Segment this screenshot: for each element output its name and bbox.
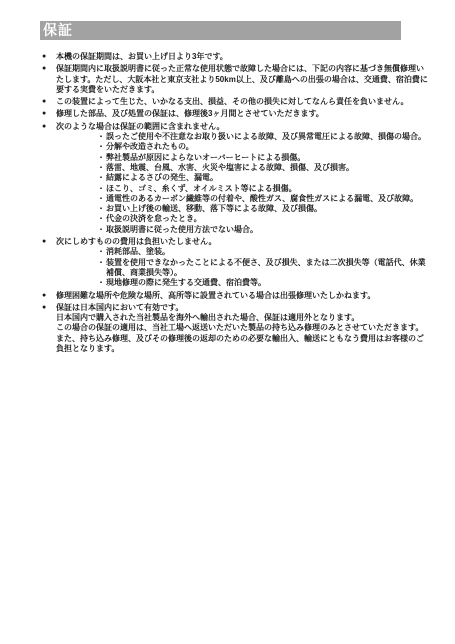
bullet-icon: ● bbox=[42, 52, 56, 62]
section-header-bar: 保証 bbox=[40, 21, 401, 40]
list-subitem: ・ 消耗部品、塗装。 bbox=[42, 247, 431, 257]
list-item-text: 次にしめすものの費用は負担いたしません。 bbox=[56, 237, 431, 247]
dot-icon: ・ bbox=[97, 225, 106, 235]
bullet-icon: ● bbox=[42, 97, 56, 107]
list-subitem: ・ 落雷、地震、台風、水害、火災や塩害による故障、損傷、及び損害。 bbox=[42, 163, 431, 173]
dot-icon: ・ bbox=[97, 258, 106, 279]
dot-icon: ・ bbox=[97, 153, 106, 163]
list-item-text: 代金の決済を怠ったとき。 bbox=[106, 214, 431, 224]
list-item-text: この装置によって生じた、いかなる支出、損益、その他の損失に対してなんら責任を負い… bbox=[56, 97, 431, 107]
dot-icon: ・ bbox=[97, 184, 106, 194]
list-subitem: ・ お買い上げ後の輸送、移動、落下等による故障、及び損傷。 bbox=[42, 204, 431, 214]
list-item-text: 日本国内で購入された当社製品を海外へ輸出された場合、保証は適用外となります。 bbox=[56, 313, 431, 323]
list-item: ● 次のような場合は保証の範囲に含まれません。 bbox=[42, 122, 431, 132]
list-item: ● 修理困難な場所や危険な場所、高所等に設置されている場合は出張修理いたしかねま… bbox=[42, 291, 431, 301]
list-item-text: 修理した部品、及び処置の保証は、修理後3ヶ月間とさせていただきます。 bbox=[56, 109, 431, 119]
list-item-text: 保証期間内に取扱説明書に従った正常な使用状態で故障した場合には、下記の内容に基づ… bbox=[56, 64, 431, 95]
list-item-text: 装置を使用できなかったことによる不便さ、及び損失、または二次損失等（電話代、休業… bbox=[106, 258, 431, 279]
bullet-icon: ● bbox=[42, 122, 56, 132]
list-item: ● 修理した部品、及び処置の保証は、修理後3ヶ月間とさせていただきます。 bbox=[42, 109, 431, 119]
list-item: ● 本機の保証期間は、お買い上げ日より3年です。 bbox=[42, 52, 431, 62]
dot-icon: ・ bbox=[97, 214, 106, 224]
list-paragraph: また、持ち込み修理、及びその修理後の返却のための必要な輸出入、輸送にともなう費用… bbox=[42, 334, 431, 355]
list-item-text: 通電性のあるカーボン繊維等の付着や、酸性ガス、腐食性ガスによる漏電、及び故障。 bbox=[106, 194, 431, 204]
list-item-text: 本機の保証期間は、お買い上げ日より3年です。 bbox=[56, 52, 431, 62]
dot-icon: ・ bbox=[97, 278, 106, 288]
list-item-text: 分解や改造されたもの。 bbox=[106, 142, 431, 152]
list-item-text: 次のような場合は保証の範囲に含まれません。 bbox=[56, 122, 431, 132]
warranty-page: 保証 ● 本機の保証期間は、お買い上げ日より3年です。 ● 保証期間内に取扱説明… bbox=[0, 0, 455, 644]
list-item-text: この場合の保証の適用は、当社工場へ返送いただいた製品の持ち込み修理のみとさせてい… bbox=[56, 323, 431, 333]
list-subitem: ・ 代金の決済を怠ったとき。 bbox=[42, 214, 431, 224]
list-item-text: 弊社製品が原因によらないオーバーヒートによる損傷。 bbox=[106, 153, 431, 163]
dot-icon: ・ bbox=[97, 173, 106, 183]
bullet-icon: ● bbox=[42, 109, 56, 119]
list-item-text: 誤ったご使用や不注意なお取り扱いによる故障、及び異常電圧による故障、損傷の場合。 bbox=[106, 132, 431, 142]
list-subitem: ・ 取扱説明書に従った使用方法でない場合。 bbox=[42, 225, 431, 235]
list-subitem: ・ 結露によるさびの発生、漏電。 bbox=[42, 173, 431, 183]
dot-icon: ・ bbox=[97, 204, 106, 214]
list-paragraph: この場合の保証の適用は、当社工場へ返送いただいた製品の持ち込み修理のみとさせてい… bbox=[42, 323, 431, 333]
warranty-list: ● 本機の保証期間は、お買い上げ日より3年です。 ● 保証期間内に取扱説明書に従… bbox=[42, 50, 431, 354]
list-item: ● 次にしめすものの費用は負担いたしません。 bbox=[42, 237, 431, 247]
list-item-text: ほこり、ゴミ、糸くず、オイルミスト等による損傷。 bbox=[106, 184, 431, 194]
list-item-text: 保証は日本国内において有効です。 bbox=[56, 303, 431, 313]
list-item-text: 落雷、地震、台風、水害、火災や塩害による故障、損傷、及び損害。 bbox=[106, 163, 431, 173]
dot-icon: ・ bbox=[97, 132, 106, 142]
bullet-icon: ● bbox=[42, 64, 56, 95]
list-paragraph: 日本国内で購入された当社製品を海外へ輸出された場合、保証は適用外となります。 bbox=[42, 313, 431, 323]
list-subitem: ・ 誤ったご使用や不注意なお取り扱いによる故障、及び異常電圧による故障、損傷の場… bbox=[42, 132, 431, 142]
page-title: 保証 bbox=[40, 21, 401, 40]
list-item-text: お買い上げ後の輸送、移動、落下等による故障、及び損傷。 bbox=[106, 204, 431, 214]
list-subitem: ・ 分解や改造されたもの。 bbox=[42, 142, 431, 152]
list-subitem: ・ 現地修理の際に発生する交通費、宿泊費等。 bbox=[42, 278, 431, 288]
list-item-text: 消耗部品、塗装。 bbox=[106, 247, 431, 257]
bullet-icon: ● bbox=[42, 291, 56, 301]
dot-icon: ・ bbox=[97, 247, 106, 257]
list-item-text: 修理困難な場所や危険な場所、高所等に設置されている場合は出張修理いたしかねます。 bbox=[56, 291, 431, 301]
list-item-text: 現地修理の際に発生する交通費、宿泊費等。 bbox=[106, 278, 431, 288]
list-item: ● 保証は日本国内において有効です。 bbox=[42, 303, 431, 313]
list-item: ● この装置によって生じた、いかなる支出、損益、その他の損失に対してなんら責任を… bbox=[42, 97, 431, 107]
list-subitem: ・ ほこり、ゴミ、糸くず、オイルミスト等による損傷。 bbox=[42, 184, 431, 194]
dot-icon: ・ bbox=[97, 194, 106, 204]
list-item: ● 保証期間内に取扱説明書に従った正常な使用状態で故障した場合には、下記の内容に… bbox=[42, 64, 431, 95]
list-subitem: ・ 装置を使用できなかったことによる不便さ、及び損失、または二次損失等（電話代、… bbox=[42, 258, 431, 279]
dot-icon: ・ bbox=[97, 163, 106, 173]
list-item-text: 結露によるさびの発生、漏電。 bbox=[106, 173, 431, 183]
list-subitem: ・ 通電性のあるカーボン繊維等の付着や、酸性ガス、腐食性ガスによる漏電、及び故障… bbox=[42, 194, 431, 204]
dot-icon: ・ bbox=[97, 142, 106, 152]
list-item-text: また、持ち込み修理、及びその修理後の返却のための必要な輸出入、輸送にともなう費用… bbox=[56, 334, 431, 355]
bullet-icon: ● bbox=[42, 303, 56, 313]
list-item-text: 取扱説明書に従った使用方法でない場合。 bbox=[106, 225, 431, 235]
bullet-icon: ● bbox=[42, 237, 56, 247]
list-subitem: ・ 弊社製品が原因によらないオーバーヒートによる損傷。 bbox=[42, 153, 431, 163]
